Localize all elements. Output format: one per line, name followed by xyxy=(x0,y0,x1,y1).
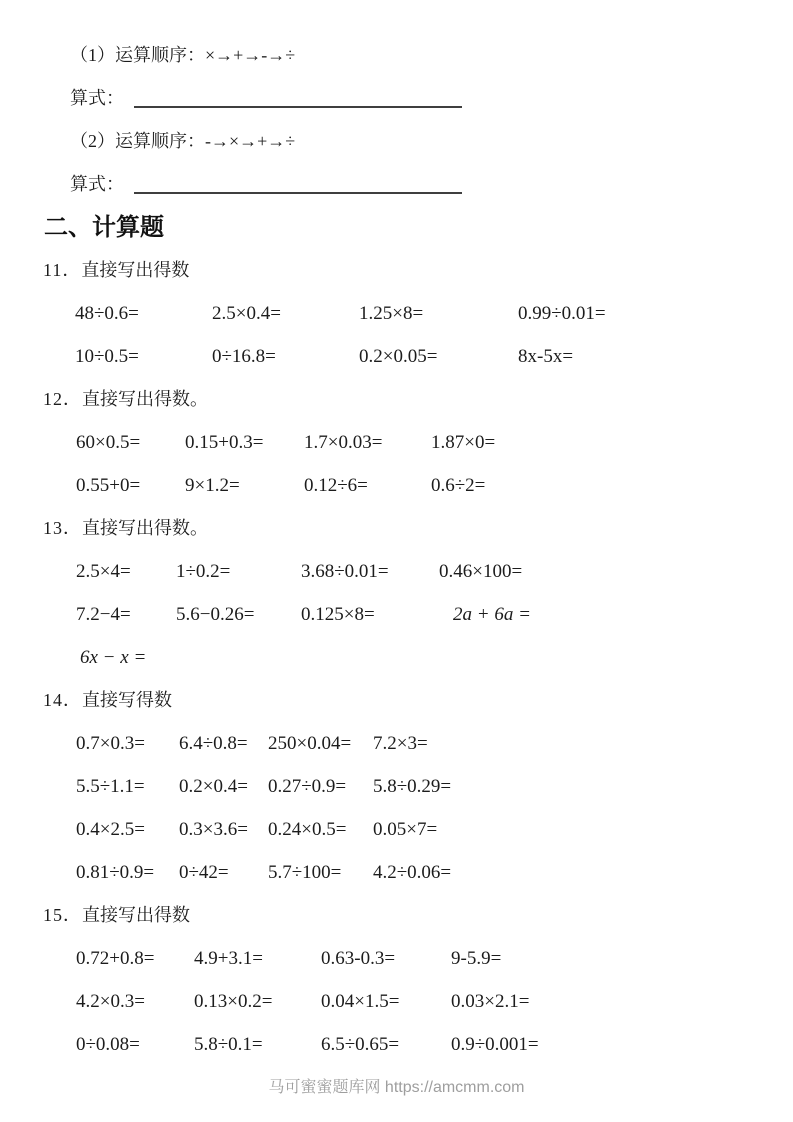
equation: 0÷0.08= xyxy=(76,1023,194,1066)
equation: 0÷16.8= xyxy=(212,335,359,378)
question-13-title: 13．直接写出得数。 xyxy=(0,507,793,550)
equation: 7.2×3= xyxy=(373,722,793,765)
equation: 3.68÷0.01= xyxy=(301,550,439,593)
equation: 0.27÷0.9= xyxy=(268,765,373,808)
worksheet-page: （1）运算顺序：×→+→-→÷ 算式： （2）运算顺序：-→×→+→÷ 算式： … xyxy=(0,0,793,1109)
equation: 2a + 6a = xyxy=(439,593,793,636)
equation: 1.7×0.03= xyxy=(304,421,431,464)
question-15-title-text: 直接写出得数 xyxy=(82,905,190,925)
equation: 1.87×0= xyxy=(431,421,793,464)
answer-blank-2 xyxy=(134,172,462,194)
equation: 0.2×0.4= xyxy=(179,765,268,808)
section-heading-text: 二、计算题 xyxy=(44,214,164,241)
equation: 1.25×8= xyxy=(359,292,518,335)
question-15-number: 15． xyxy=(43,905,82,925)
equation: 5.8÷0.1= xyxy=(194,1023,321,1066)
question-11-title-text: 直接写出得数 xyxy=(81,260,189,280)
question-14-row-3: 0.4×2.5= 0.3×3.6= 0.24×0.5= 0.05×7= xyxy=(0,808,793,851)
equation: 5.7÷100= xyxy=(268,851,373,894)
question-12-number: 12． xyxy=(43,389,82,409)
equation: 0.63-0.3= xyxy=(321,937,451,980)
equation: 4.2÷0.06= xyxy=(373,851,793,894)
formula-line-2: 算式： xyxy=(0,163,793,206)
operation-order-item-2: （2）运算顺序：-→×→+→÷ xyxy=(0,120,793,163)
equation: 5.5÷1.1= xyxy=(76,765,179,808)
question-12-title-text: 直接写出得数。 xyxy=(82,389,208,409)
equation: 60×0.5= xyxy=(76,421,185,464)
equation: 0.55+0= xyxy=(76,464,185,507)
equation: 0.46×100= xyxy=(439,550,793,593)
equation: 0.3×3.6= xyxy=(179,808,268,851)
equation: 7.2−4= xyxy=(76,593,176,636)
question-11-row-2: 10÷0.5= 0÷16.8= 0.2×0.05= 8x-5x= xyxy=(0,335,793,378)
question-12-title: 12．直接写出得数。 xyxy=(0,378,793,421)
equation: 0.125×8= xyxy=(301,593,439,636)
equation: 2.5×0.4= xyxy=(212,292,359,335)
equation: 9-5.9= xyxy=(451,937,793,980)
equation: 0.15+0.3= xyxy=(185,421,304,464)
equation: 4.9+3.1= xyxy=(194,937,321,980)
equation: 0.9÷0.001= xyxy=(451,1023,793,1066)
equation: 0.24×0.5= xyxy=(268,808,373,851)
question-14-number: 14． xyxy=(43,690,82,710)
question-15-row-2: 4.2×0.3= 0.13×0.2= 0.04×1.5= 0.03×2.1= xyxy=(0,980,793,1023)
equation: 48÷0.6= xyxy=(75,292,212,335)
equation: 2.5×4= xyxy=(76,550,176,593)
question-12-row-2: 0.55+0= 9×1.2= 0.12÷6= 0.6÷2= xyxy=(0,464,793,507)
formula-label-2: 算式： xyxy=(70,174,124,194)
equation: 0.72+0.8= xyxy=(76,937,194,980)
section-heading: 二、计算题 xyxy=(0,206,793,249)
equation: 0.7×0.3= xyxy=(76,722,179,765)
operation-order-1-text: （1）运算顺序：×→+→-→÷ xyxy=(70,45,295,65)
equation: 4.2×0.3= xyxy=(76,980,194,1023)
question-15-title: 15．直接写出得数 xyxy=(0,894,793,937)
operation-order-2-text: （2）运算顺序：-→×→+→÷ xyxy=(70,131,295,151)
question-14-row-1: 0.7×0.3= 6.4÷0.8= 250×0.04= 7.2×3= xyxy=(0,722,793,765)
question-15-row-1: 0.72+0.8= 4.9+3.1= 0.63-0.3= 9-5.9= xyxy=(0,937,793,980)
equation: 0.12÷6= xyxy=(304,464,431,507)
question-14-title: 14．直接写得数 xyxy=(0,679,793,722)
equation: 0.81÷0.9= xyxy=(76,851,179,894)
question-13-row-1: 2.5×4= 1÷0.2= 3.68÷0.01= 0.46×100= xyxy=(0,550,793,593)
equation: 0.6÷2= xyxy=(431,464,793,507)
question-14-row-2: 5.5÷1.1= 0.2×0.4= 0.27÷0.9= 5.8÷0.29= xyxy=(0,765,793,808)
question-13-row-2: 7.2−4= 5.6−0.26= 0.125×8= 2a + 6a = xyxy=(0,593,793,636)
question-15-row-3: 0÷0.08= 5.8÷0.1= 6.5÷0.65= 0.9÷0.001= xyxy=(0,1023,793,1066)
equation: 0.99÷0.01= xyxy=(518,292,793,335)
question-14-title-text: 直接写得数 xyxy=(82,690,172,710)
question-14-row-4: 0.81÷0.9= 0÷42= 5.7÷100= 4.2÷0.06= xyxy=(0,851,793,894)
equation: 0.04×1.5= xyxy=(321,980,451,1023)
equation: 5.6−0.26= xyxy=(176,593,301,636)
question-11-number: 11． xyxy=(43,260,81,280)
equation: 0.03×2.1= xyxy=(451,980,793,1023)
question-13-number: 13． xyxy=(43,518,82,538)
question-13-row-3: 6x − x = xyxy=(0,636,793,679)
question-13-title-text: 直接写出得数。 xyxy=(82,518,208,538)
operation-order-item-1: （1）运算顺序：×→+→-→÷ xyxy=(0,34,793,77)
equation: 8x-5x= xyxy=(518,335,793,378)
equation: 0.4×2.5= xyxy=(76,808,179,851)
equation: 0.05×7= xyxy=(373,808,793,851)
formula-label-1: 算式： xyxy=(70,88,124,108)
equation: 6x − x = xyxy=(76,636,176,679)
equation: 6.5÷0.65= xyxy=(321,1023,451,1066)
equation: 1÷0.2= xyxy=(176,550,301,593)
equation: 9×1.2= xyxy=(185,464,304,507)
equation: 10÷0.5= xyxy=(75,335,212,378)
equation: 0.2×0.05= xyxy=(359,335,518,378)
question-11-title: 11．直接写出得数 xyxy=(0,249,793,292)
answer-blank-1 xyxy=(134,86,462,108)
equation: 250×0.04= xyxy=(268,722,373,765)
question-11-row-1: 48÷0.6= 2.5×0.4= 1.25×8= 0.99÷0.01= xyxy=(0,292,793,335)
equation: 0.13×0.2= xyxy=(194,980,321,1023)
question-12-row-1: 60×0.5= 0.15+0.3= 1.7×0.03= 1.87×0= xyxy=(0,421,793,464)
equation: 0÷42= xyxy=(179,851,268,894)
footer-watermark: 马可蜜蜜题库网 https://amcmm.com xyxy=(0,1066,793,1109)
formula-line-1: 算式： xyxy=(0,77,793,120)
footer-site-text: 马可蜜蜜题库网 https://amcmm.com xyxy=(268,1079,524,1096)
equation: 5.8÷0.29= xyxy=(373,765,793,808)
equation: 6.4÷0.8= xyxy=(179,722,268,765)
